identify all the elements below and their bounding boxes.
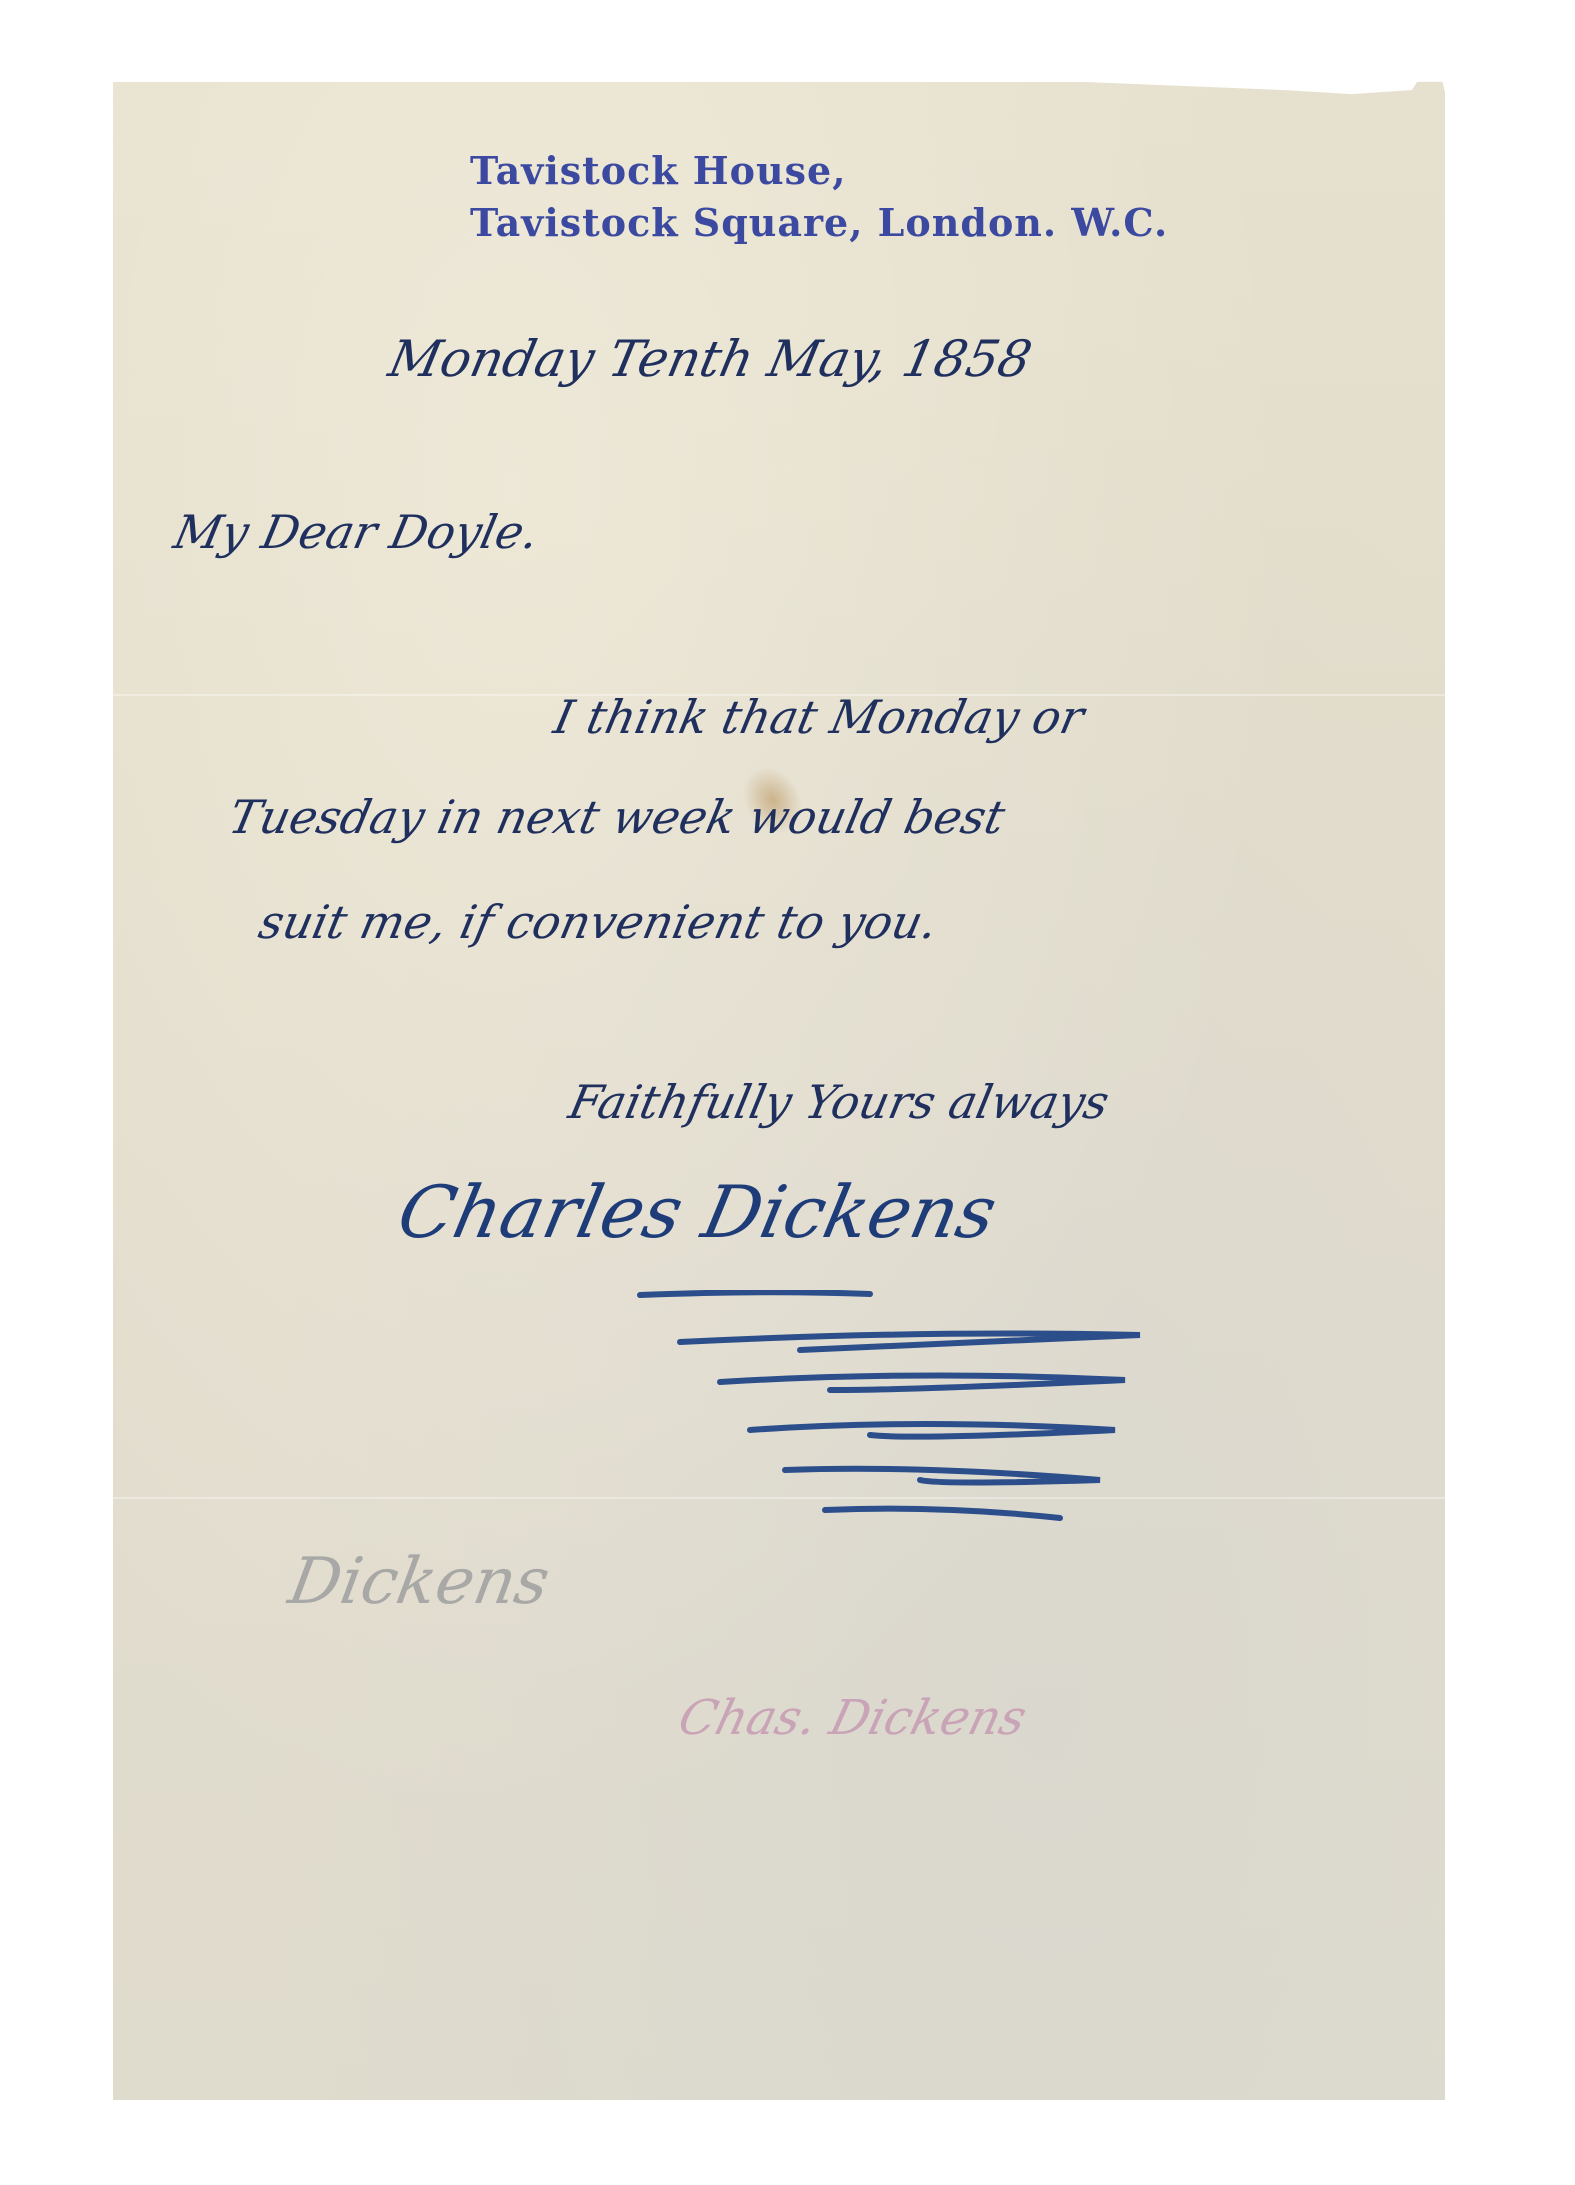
body-line-1: I think that Monday or [549,690,1088,744]
letterhead-line-2: Tavistock Square, London. W.C. [470,197,1168,249]
letterhead: Tavistock House, Tavistock Square, Londo… [470,145,1168,249]
pink-annotation: Chas. Dickens [673,1690,1032,1746]
signature: Charles Dickens [391,1170,1004,1254]
body-line-3: suit me, if convenient to you. [254,895,942,949]
body-line-2: Tuesday in next week would best [224,790,1010,844]
closing: Faithfully Yours always [564,1075,1114,1129]
signature-flourish [620,1290,1240,1530]
pencil-annotation: Dickens [283,1545,554,1619]
dateline: Monday Tenth May, 1858 [384,330,1037,388]
salutation: My Dear Doyle. [169,505,543,559]
letterhead-line-1: Tavistock House, [470,145,1168,197]
